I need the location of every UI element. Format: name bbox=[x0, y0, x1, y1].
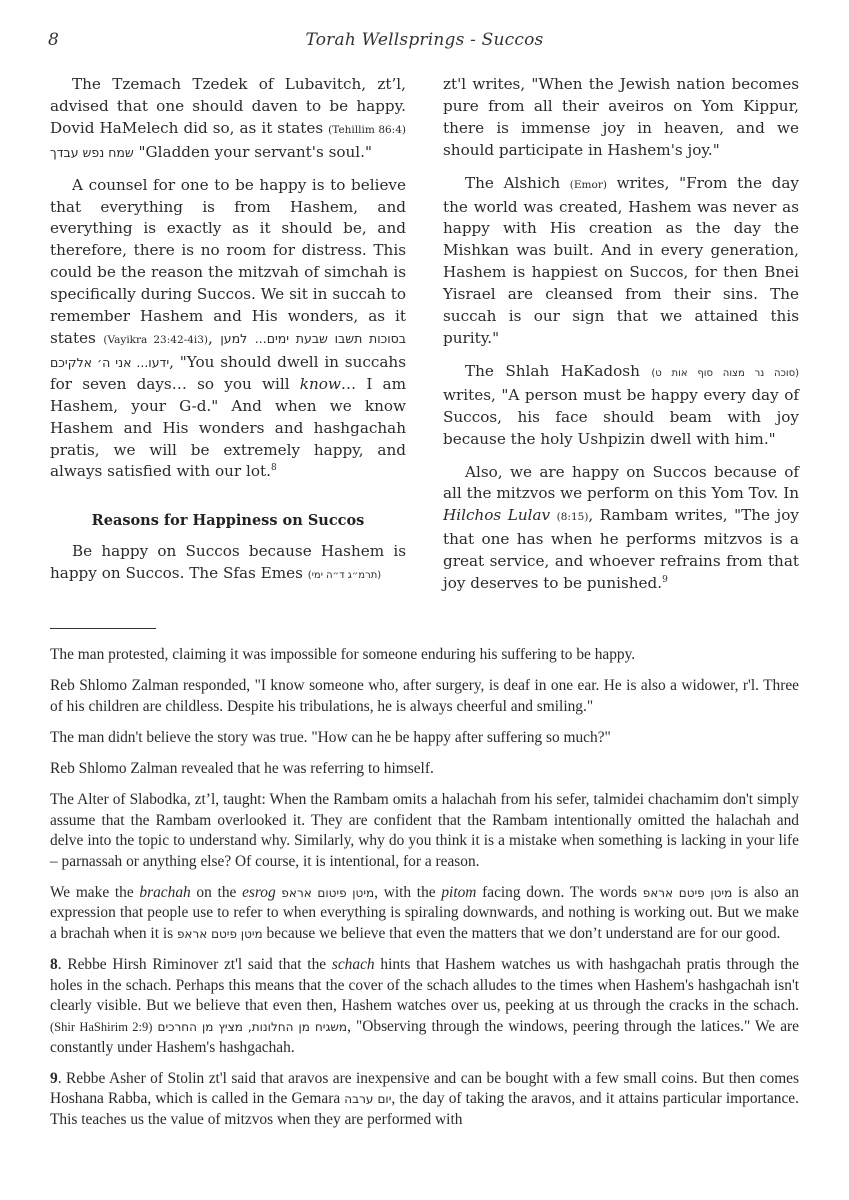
hebrew-quote: מיטן פיטם אראפ bbox=[177, 927, 263, 941]
italic-text: pitom bbox=[441, 884, 476, 901]
text: A counsel for one to be happy is to beli… bbox=[50, 176, 406, 347]
italic-text: schach bbox=[332, 956, 375, 973]
footnote-paragraph: We make the brachah on the esrog מיטן פי… bbox=[50, 883, 799, 945]
paragraph: Also, we are happy on Succos because of … bbox=[443, 462, 799, 595]
italic-text: esrog bbox=[242, 884, 276, 901]
hebrew-quote: שמח נפש עבדך bbox=[50, 145, 134, 160]
paragraph: The Alshich (Emor) writes, "From the day… bbox=[443, 173, 799, 350]
source-citation: (Tehillim 86:4) bbox=[328, 124, 406, 136]
paragraph: The Tzemach Tzedek of Lubavitch, zt’l, a… bbox=[50, 74, 406, 164]
text: The Alshich bbox=[465, 174, 570, 192]
running-header: 8 Torah Wellsprings - Succos bbox=[48, 30, 801, 58]
text: , with the bbox=[374, 884, 441, 901]
footnote-divider bbox=[50, 628, 156, 629]
footnotes-section: The man protested, claiming it was impos… bbox=[50, 645, 799, 1141]
footnote-ref[interactable]: 8 bbox=[271, 463, 277, 473]
paragraph: A counsel for one to be happy is to beli… bbox=[50, 175, 406, 484]
footnote-paragraph: Reb Shlomo Zalman revealed that he was r… bbox=[50, 759, 799, 780]
italic-text: Hilchos Lulav bbox=[443, 506, 550, 524]
text: Also, we are happy on Succos because of … bbox=[443, 463, 799, 503]
text: "Gladden your servant's soul." bbox=[134, 143, 372, 161]
footnote-paragraph: The Alter of Slabodka, zt’l, taught: Whe… bbox=[50, 790, 799, 872]
text: The Shlah HaKadosh bbox=[465, 362, 651, 380]
footnote-9: 9. Rebbe Asher of Stolin zt'l said that … bbox=[50, 1069, 799, 1131]
footnote-number: 9 bbox=[50, 1070, 58, 1087]
footnote-paragraph: The man protested, claiming it was impos… bbox=[50, 645, 799, 666]
text: writes, "From the day the world was crea… bbox=[443, 174, 799, 347]
source-citation: (Shir HaShirim 2:9) bbox=[50, 1020, 152, 1034]
hebrew-quote: מיטן פיטם אראפ bbox=[643, 886, 732, 900]
paragraph: The Shlah HaKadosh (סוכה נר מצוה סוף אות… bbox=[443, 361, 799, 451]
italic-text: brachah bbox=[139, 884, 190, 901]
text: , bbox=[208, 329, 220, 347]
footnote-paragraph: The man didn't believe the story was tru… bbox=[50, 728, 799, 749]
text: . Rebbe Hirsh Riminover zt'l said that t… bbox=[58, 956, 332, 973]
hebrew-quote: מיטן פיטום אראפ bbox=[281, 886, 374, 900]
footnote-ref[interactable]: 9 bbox=[662, 575, 668, 585]
text: writes, "A person must be happy every da… bbox=[443, 386, 799, 448]
hebrew-quote: יום ערבה bbox=[344, 1092, 391, 1106]
hebrew-quote: בסוכות תשבו שבעת ימים... bbox=[255, 331, 406, 346]
paragraph: Be happy on Succos because Hashem is hap… bbox=[50, 541, 406, 587]
section-heading: Reasons for Happiness on Succos bbox=[50, 510, 406, 532]
source-citation: (Emor) bbox=[570, 179, 607, 191]
italic-text: know bbox=[300, 375, 341, 393]
text: on the bbox=[191, 884, 242, 901]
source-citation-hebrew: (תרמ״ג ד״ה ימי) bbox=[308, 570, 381, 581]
source-citation: (8:15) bbox=[557, 511, 589, 523]
right-column: zt'l writes, "When the Jewish nation bec… bbox=[443, 74, 799, 606]
hebrew-quote: משגיח מן החלונות, מציץ מן החרכים bbox=[158, 1020, 348, 1034]
text: because we believe that even the matters… bbox=[263, 925, 781, 942]
book-title: Torah Wellsprings - Succos bbox=[48, 30, 801, 50]
footnote-paragraph: Reb Shlomo Zalman responded, "I know som… bbox=[50, 676, 799, 717]
footnote-number: 8 bbox=[50, 956, 58, 973]
source-citation-hebrew: (סוכה נר מצוה סוף אות ט) bbox=[651, 368, 799, 379]
source-citation: (Vayikra 23:42-4i3) bbox=[103, 334, 208, 346]
paragraph: zt'l writes, "When the Jewish nation bec… bbox=[443, 74, 799, 162]
book-page: 8 Torah Wellsprings - Succos The Tzemach… bbox=[0, 0, 849, 1200]
text: We make the bbox=[50, 884, 139, 901]
footnote-8: 8. Rebbe Hirsh Riminover zt'l said that … bbox=[50, 955, 799, 1058]
text: facing down. The words bbox=[476, 884, 642, 901]
left-column: The Tzemach Tzedek of Lubavitch, zt’l, a… bbox=[50, 74, 406, 598]
